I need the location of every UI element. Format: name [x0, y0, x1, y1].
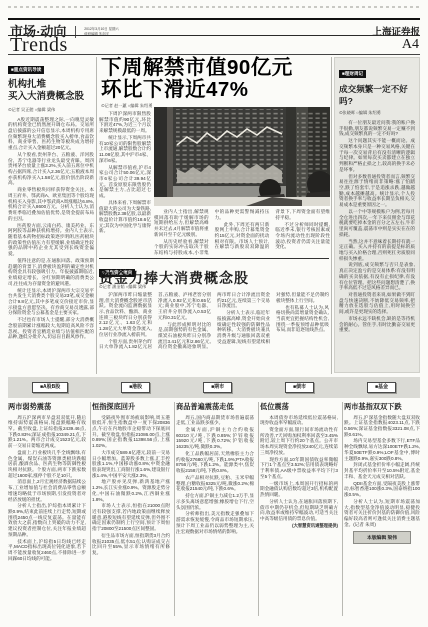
section-tab[interactable]: ■港股 [121, 382, 150, 394]
masthead-top-rule [8, 18, 420, 20]
stock-board-photo [154, 107, 330, 206]
section-tab[interactable]: ■A股B股 [32, 382, 68, 394]
bottom-article-title: 恒指探底回升 [92, 402, 170, 412]
column-rule-2 [331, 57, 332, 374]
comment-byline: ⊙张晓晖 ○编辑 朱绍勇 [339, 110, 415, 116]
bottom-article-funds: 两市基指双双下跌 周五,沪深基金指数随大盘双双收跌。上证基金指数报4023.11… [344, 402, 420, 544]
section-tab[interactable]: ■债市 [285, 382, 314, 394]
lead-body-below-photo: 业内人士指出,解禁规模回落有助于缓解市场的短期供给压力,但解禁高峰并未过去,4月… [154, 209, 330, 257]
lead-headline: 下周解禁市值90亿元 环比下滑近47% [101, 57, 329, 101]
lead-headline-line2: 环比下滑近47% [101, 79, 329, 101]
bottom-article-body: 周五,国内商品期货市场普遍震荡走低,工业品跌多涨少。金属方面,沪铜主力合约收报6… [176, 415, 254, 535]
lead-body-col1: 下周沪深两市限售股解禁市值约90亿元,环比下滑近47%,为近三个月以来解禁规模最… [99, 111, 151, 258]
bottom-article-ashares: 两市弱势震荡 周五沪深两市早盘双双低开,随后维持弱势震荡格局,尾盘跌幅略有收窄。… [8, 402, 86, 563]
focus-byline: ⊙记者 潘圣韬 ○编辑 梁伟 [99, 284, 146, 290]
lead-byline: ⊙记者 赵一蕙 ○编辑 朱绍勇 [101, 103, 152, 109]
left-article-badge: ■重点资讯导读 [8, 66, 44, 74]
masthead-mid-rule [8, 35, 420, 36]
section-tab[interactable]: ■基金 [367, 382, 396, 394]
bottom-article-body: 本周债券市场延续低位震荡格局,现券收益率窄幅波动。资金面方面,银行间市场流动性有… [260, 415, 338, 522]
section-tab[interactable]: ■期市 [203, 382, 232, 394]
page-editor-box: 本版编辑 梁伟 [353, 531, 411, 544]
bottom-rule-3 [258, 402, 259, 616]
bottom-rule-1 [90, 402, 91, 616]
lead-headline-line1: 下周解禁市值90亿元 [101, 57, 329, 79]
comment-title: 成交频繁一定不好吗? [339, 83, 415, 107]
focus-body: 沪深两市昨日缩量整理,但大消费概念股逆市活跃。资金流向监测数据显示,食品饮料、酿… [99, 292, 329, 374]
bottom-article-title: 商品普遍震荡走低 [176, 402, 254, 412]
bottom-article-title: 低位震荡 [260, 402, 338, 412]
bottom-article-hk: 恒指探底回升 受隔夜外围市场疲弱影响,周五港股低开,恒生指数盘中一度下探2083… [92, 402, 170, 557]
masthead-bottom-rule [8, 54, 420, 55]
comment-body: 有一位朋友最近问我:我的账户换手很勤,朋友都说频繁交易一定赚不到钱,成交频繁真的… [339, 120, 415, 378]
newspaper-page: 市场·动向 2012年3月10日 星期六 值班编辑 朱剑平 上海证券报 Tren… [0, 0, 428, 627]
bottom-rule-2 [174, 402, 175, 616]
left-article-body: A股近期震荡整理之际,一向嗅觉灵敏的机构资金已悄然展开调仓布局。交易所盘后披露的… [8, 117, 94, 340]
bottom-article-body: 周五沪深两市早盘双双低开,随后维持弱势震荡格局,尾盘跌幅略有收窄。截至收盘,上证… [8, 415, 86, 562]
left-article-title: 机构扎堆 买入大消费概念股 [8, 79, 94, 104]
left-article-byline: ⊙记者 吴正懿 ○编辑 梁伟 [8, 107, 94, 113]
column-rule-1 [96, 57, 97, 374]
lead-photo [154, 107, 330, 206]
section-tabs: ■A股B股■港股■期市■债市■基金 [8, 377, 420, 398]
focus-rule [99, 258, 329, 259]
comment-badge: ■理财周记 [339, 70, 366, 78]
bottom-rule-4 [342, 402, 343, 616]
bottom-article-bonds: 低位震荡 本周债券市场延续低位震荡格局,现券收益率窄幅波动。资金面方面,银行间市… [260, 402, 338, 529]
page-edge-marks [8, 6, 420, 8]
page-number: A4 [402, 37, 419, 53]
comment-article: ■理财周记 成交频繁一定不好吗? ⊙张晓晖 ○编辑 朱绍勇 有一位朋友最近问我:… [334, 57, 420, 373]
bottom-article-futures: 商品普遍震荡走低 周五,国内商品期货市场普遍震荡走低,工业品跌多涨少。金属方面,… [176, 402, 254, 535]
bottom-article-title: 两市弱势震荡 [8, 402, 86, 412]
left-article: ■重点资讯导读 机构扎堆 买入大消费概念股 ⊙记者 吴正懿 ○编辑 梁伟 A股近… [8, 58, 94, 341]
left-article-title-line2: 买入大消费概念股 [8, 91, 94, 103]
bottom-article-title: 两市基指双双下跌 [344, 402, 420, 412]
bottom-article-body: 周五,沪深基金指数随大盘双双收跌。上证基金指数报4023.11点,下跌0.56%… [344, 415, 420, 528]
left-article-title-line1: 机构扎堆 [8, 79, 94, 91]
bottom-article-note: (大智慧资讯通整理提供) [260, 523, 338, 529]
bottom-article-body: 受隔夜外围市场疲弱影响,周五港股低开,恒生指数盘中一度下探20836点,午后在内… [92, 415, 170, 556]
